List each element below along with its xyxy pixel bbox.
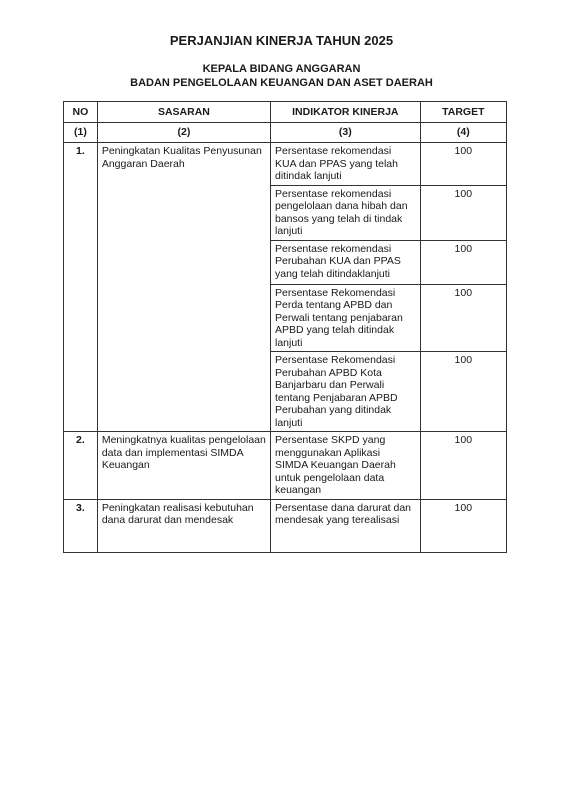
target-cell: 100 xyxy=(420,185,506,240)
colnum-2: (2) xyxy=(97,123,270,143)
table-row: 3.Peningkatan realisasi kebutuhan dana d… xyxy=(64,499,507,552)
header-row: NO SASARAN INDIKATOR KINERJA TARGET xyxy=(64,102,507,123)
header-no: NO xyxy=(64,102,98,123)
colnum-1: (1) xyxy=(64,123,98,143)
target-cell: 100 xyxy=(420,352,506,432)
header-sasaran: SASARAN xyxy=(97,102,270,123)
sasaran-cell: Peningkatan realisasi kebutuhan dana dar… xyxy=(97,499,270,552)
target-cell: 100 xyxy=(420,432,506,500)
document-subtitle-agency: BADAN PENGELOLAAN KEUANGAN DAN ASET DAER… xyxy=(0,77,563,89)
header-target: TARGET xyxy=(420,102,506,123)
table-row: 1.Peningkatan Kualitas Penyusunan Anggar… xyxy=(64,143,507,186)
indikator-cell: Persentase Rekomendasi Perda tentang APB… xyxy=(271,284,421,352)
row-number: 3. xyxy=(64,499,98,552)
document-title: PERJANJIAN KINERJA TAHUN 2025 xyxy=(0,33,563,48)
column-number-row: (1) (2) (3) (4) xyxy=(64,123,507,143)
header-indikator: INDIKATOR KINERJA xyxy=(271,102,421,123)
sasaran-cell: Peningkatan Kualitas Penyusunan Anggaran… xyxy=(97,143,270,432)
colnum-3: (3) xyxy=(271,123,421,143)
row-number: 1. xyxy=(64,143,98,432)
target-cell: 100 xyxy=(420,499,506,552)
indikator-cell: Persentase rekomendasi KUA dan PPAS yang… xyxy=(271,143,421,186)
table-row: 2.Meningkatnya kualitas pengelolaan data… xyxy=(64,432,507,500)
performance-agreement-table: NO SASARAN INDIKATOR KINERJA TARGET (1) … xyxy=(63,101,507,553)
colnum-4: (4) xyxy=(420,123,506,143)
indikator-cell: Persentase dana darurat dan mendesak yan… xyxy=(271,499,421,552)
indikator-cell: Persentase SKPD yang menggunakan Aplikas… xyxy=(271,432,421,500)
target-cell: 100 xyxy=(420,284,506,352)
target-cell: 100 xyxy=(420,240,506,284)
sasaran-cell: Meningkatnya kualitas pengelolaan data d… xyxy=(97,432,270,500)
document-subtitle-position: KEPALA BIDANG ANGGARAN xyxy=(0,63,563,75)
indikator-cell: Persentase Rekomendasi Perubahan APBD Ko… xyxy=(271,352,421,432)
indikator-cell: Persentase rekomendasi pengelolaan dana … xyxy=(271,185,421,240)
row-number: 2. xyxy=(64,432,98,500)
target-cell: 100 xyxy=(420,143,506,186)
indikator-cell: Persentase rekomendasi Perubahan KUA dan… xyxy=(271,240,421,284)
